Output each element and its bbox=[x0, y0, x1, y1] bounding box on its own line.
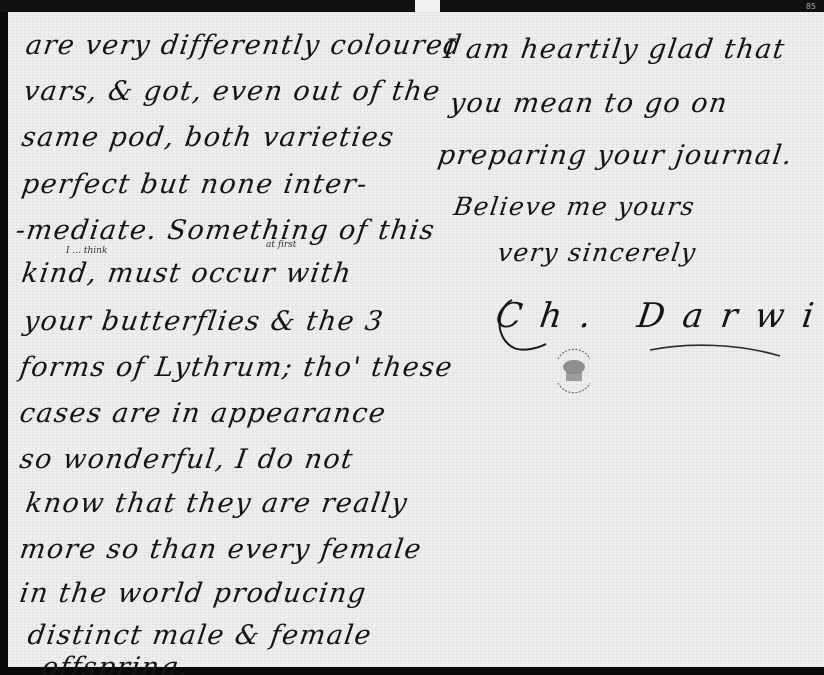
letter-line: in the world producing bbox=[18, 578, 369, 609]
letter-line: more so than every female bbox=[18, 534, 424, 565]
scan-border-top-right bbox=[440, 0, 824, 12]
letter-line: I am heartily glad that bbox=[442, 34, 788, 65]
museum-stamp-icon bbox=[548, 345, 600, 395]
letter-line: know that they are really bbox=[24, 488, 410, 519]
left-page: are very differently coloured vars, & go… bbox=[8, 12, 428, 667]
interlinear-insertion: I ... think bbox=[66, 246, 107, 256]
letter-line: perfect but none inter- bbox=[20, 169, 370, 200]
letter-line: your butterflies & the 3 bbox=[22, 306, 386, 337]
letter-line: so wonderful, I do not bbox=[18, 444, 356, 475]
letter-line: are very differently coloured bbox=[24, 30, 465, 61]
letter-line: cases are in appearance bbox=[18, 398, 389, 429]
page-gutter bbox=[415, 0, 440, 12]
scan-border-top-left bbox=[0, 0, 415, 12]
letter-line: same pod, both varieties bbox=[20, 122, 397, 153]
closing-line: Believe me yours bbox=[452, 192, 697, 221]
letter-line: kind, must occur with bbox=[20, 258, 354, 289]
letter-line: forms of Lythrum; tho' these bbox=[18, 352, 455, 383]
letter-line: preparing your journal. bbox=[436, 140, 795, 171]
letter-line: you mean to go on bbox=[448, 88, 730, 119]
page-number: 85 bbox=[806, 2, 816, 11]
interlinear-insertion: at first bbox=[266, 240, 296, 250]
signature-flourish bbox=[490, 290, 790, 370]
letter-line: distinct male & female bbox=[26, 620, 374, 651]
letter-line: offspring. bbox=[40, 652, 192, 675]
letter-line: vars, & got, even out of the bbox=[22, 76, 443, 107]
closing-line: very sincerely bbox=[496, 238, 699, 267]
letter-line: -mediate. Something of this bbox=[14, 215, 438, 246]
